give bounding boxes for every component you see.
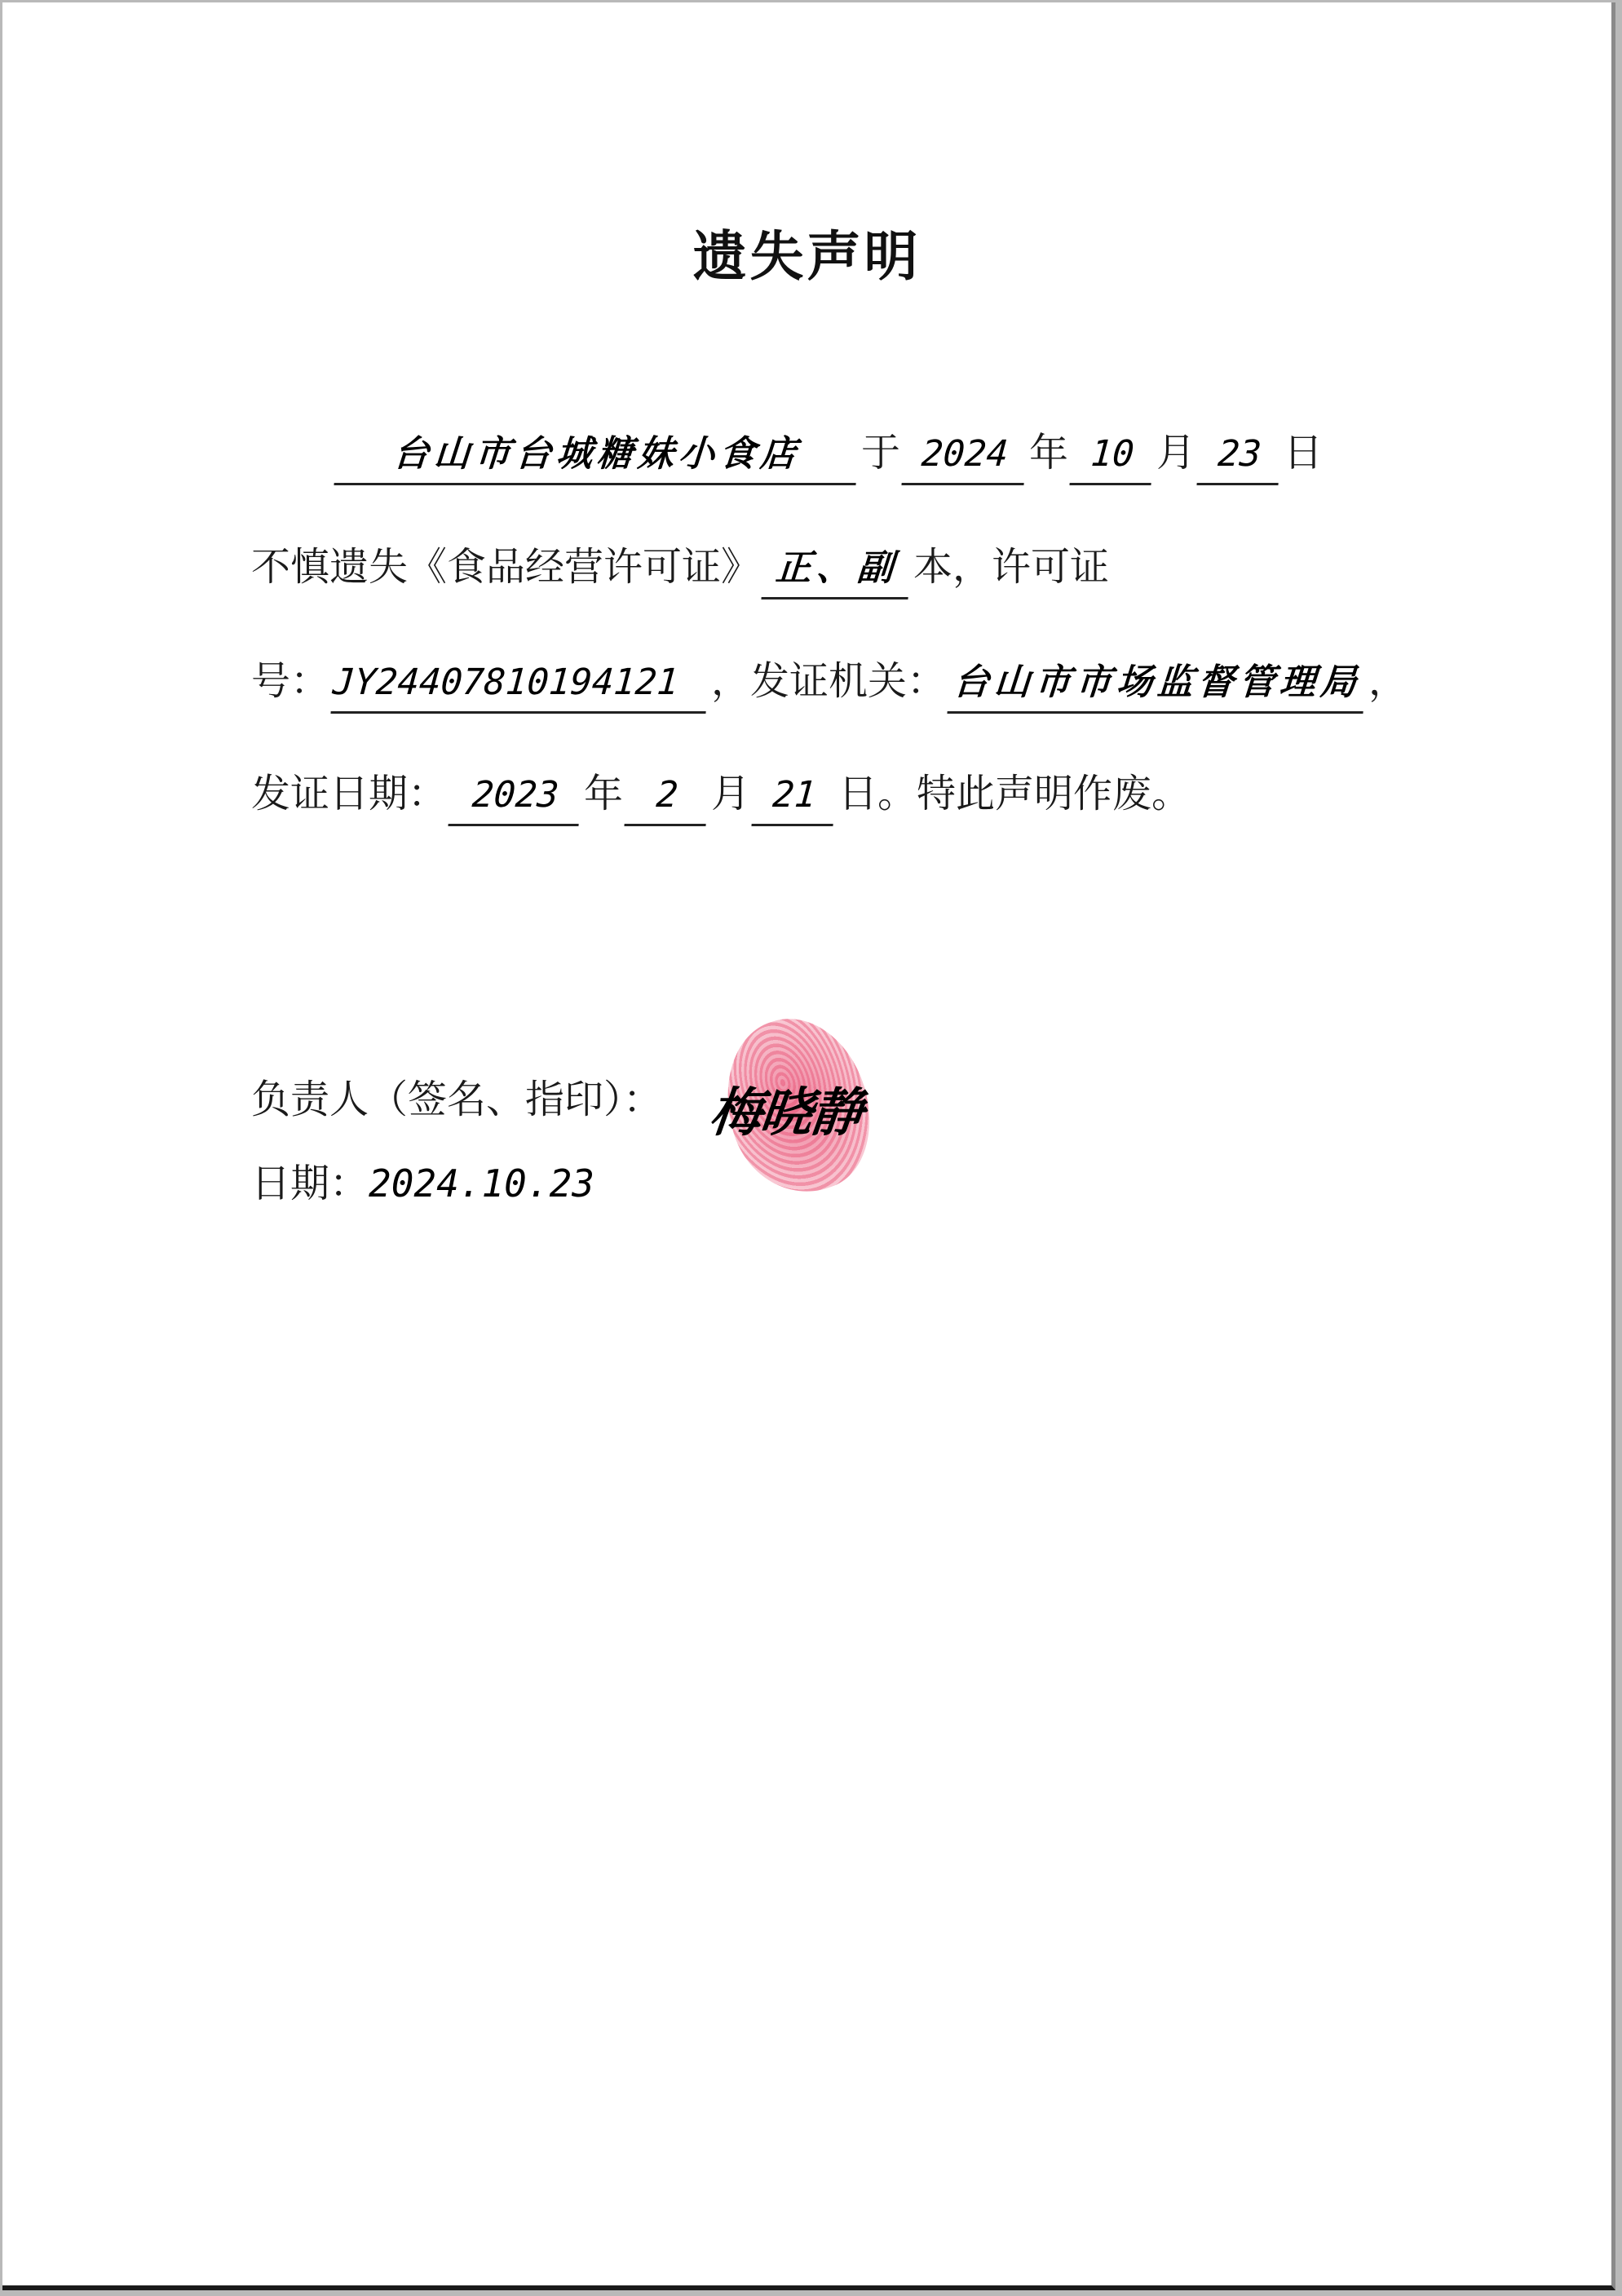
label-yu: 于 [861, 420, 900, 485]
label-month-2: 月 [711, 761, 750, 826]
signature-date-value: 2024.10.23 [369, 1151, 594, 1216]
statement-line-4: 发证日期： 2023 年 2 月 21 日。特此声明作废。 [251, 761, 1191, 826]
handwritten-signature: 梅晓静 [706, 1071, 866, 1146]
document-page: 遗失声明 台山市台城糖妹小食店 于 2024 年 10 月 23 日 不慎遗失《… [2, 2, 1615, 2290]
issuer-label: ，发证机关： [711, 648, 946, 714]
statement-line-2: 不慎遗失《食品经营许可证》 正、副 本，许可证 [251, 534, 1109, 599]
issue-date-label: 发证日期： [251, 761, 447, 826]
lost-item-text: 不慎遗失《食品经营许可证》 [251, 534, 760, 599]
statement-line-1: 台山市台城糖妹小食店 于 2024 年 10 月 23 日 [333, 420, 1323, 485]
document-title: 遗失声明 [2, 213, 1611, 290]
business-name-field: 台山市台城糖妹小食店 [334, 426, 860, 485]
label-year-2: 年 [584, 761, 623, 826]
lost-year-field: 2024 [901, 426, 1028, 485]
issue-month-field: 2 [624, 767, 709, 826]
signature-date-line: 日期： 2024.10.23 [251, 1151, 594, 1216]
responsible-person-line: 负责人（签名、指印）： [251, 1067, 662, 1132]
copy-suffix-text: 本，许可证 [913, 534, 1109, 599]
closing-statement: 日。特此声明作废。 [838, 761, 1191, 826]
label-day: 日 [1284, 420, 1323, 485]
label-year: 年 [1029, 420, 1068, 485]
license-number-field: JY24407810194121 [330, 654, 709, 714]
trailing-comma: ， [1368, 648, 1408, 714]
responsible-person-label: 负责人（签名、指印）： [251, 1067, 662, 1132]
statement-line-3: 号： JY24407810194121 ，发证机关： 台山市市场监督管理局 ， [251, 648, 1408, 714]
issue-day-field: 21 [751, 767, 837, 826]
license-number-label: 号： [251, 648, 329, 714]
copy-type-field: 正、副 [761, 540, 912, 599]
issuer-field: 台山市市场监督管理局 [947, 654, 1367, 714]
lost-day-field: 23 [1196, 426, 1282, 485]
label-month: 月 [1156, 420, 1196, 485]
signature-date-label: 日期： [251, 1151, 369, 1216]
lost-month-field: 10 [1069, 426, 1155, 485]
issue-year-field: 2023 [448, 767, 582, 826]
